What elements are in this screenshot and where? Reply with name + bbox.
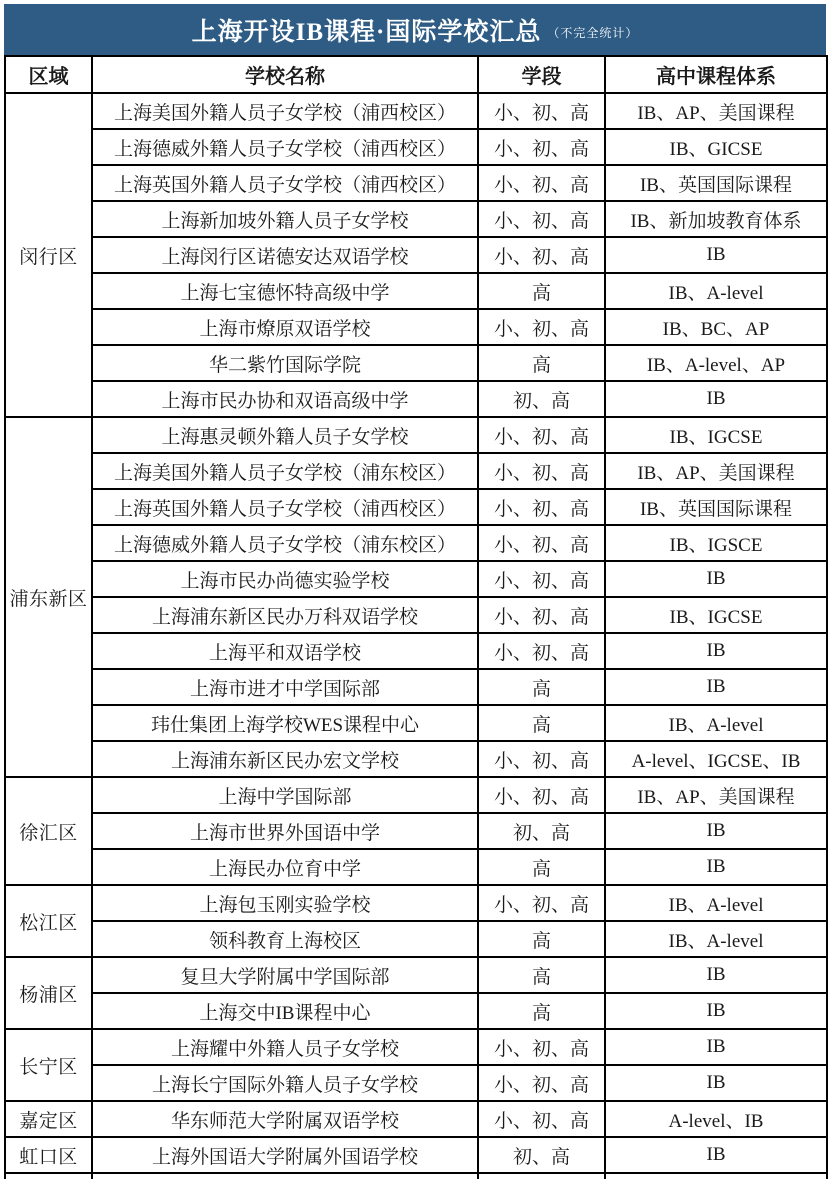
table-row: 虹口区上海外国语大学附属外国语学校初、高IB (5, 1137, 827, 1173)
curriculum-cell: IB、新加坡教育体系 (605, 201, 827, 237)
curriculum-cell: IB、A-level、AP (605, 345, 827, 381)
school-name-cell: 上海德威外籍人员子女学校（浦东校区） (92, 525, 478, 561)
table-row: 上海平和双语学校小、初、高IB (5, 633, 827, 669)
table-row: 玮仕集团上海学校WES课程中心高IB、A-level (5, 705, 827, 741)
school-name-cell: 玮仕集团上海学校WES课程中心 (92, 705, 478, 741)
curriculum-cell: IB、BC、AP (605, 309, 827, 345)
table-row: 上海德威外籍人员子女学校（浦东校区）小、初、高IB、IGSCE (5, 525, 827, 561)
column-header-region: 区域 (5, 56, 92, 93)
partial-cell (605, 1173, 827, 1179)
region-cell: 徐汇区 (5, 777, 92, 885)
level-cell: 小、初、高 (478, 1101, 605, 1137)
table-row: 上海英国外籍人员子女学校（浦西校区）小、初、高IB、英国国际课程 (5, 489, 827, 525)
curriculum-cell: IB (605, 1029, 827, 1065)
column-header-curriculum: 高中课程体系 (605, 56, 827, 93)
school-name-cell: 复旦大学附属中学国际部 (92, 957, 478, 993)
curriculum-cell: IB (605, 381, 827, 417)
partial-cell (5, 1173, 92, 1179)
school-name-cell: 上海浦东新区民办宏文学校 (92, 741, 478, 777)
school-name-cell: 上海市世界外国语中学 (92, 813, 478, 849)
level-cell: 小、初、高 (478, 489, 605, 525)
curriculum-cell: A-level、IB (605, 1101, 827, 1137)
school-name-cell: 上海耀中外籍人员子女学校 (92, 1029, 478, 1065)
table-row: 上海浦东新区民办万科双语学校小、初、高IB、IGCSE (5, 597, 827, 633)
table-row: 上海市民办协和双语高级中学初、高IB (5, 381, 827, 417)
school-name-cell: 领科教育上海校区 (92, 921, 478, 957)
region-cell: 杨浦区 (5, 957, 92, 1029)
table-row: 浦东新区上海惠灵顿外籍人员子女学校小、初、高IB、IGCSE (5, 417, 827, 453)
school-name-cell: 上海民办位育中学 (92, 849, 478, 885)
curriculum-cell: IB、英国国际课程 (605, 489, 827, 525)
level-cell: 小、初、高 (478, 93, 605, 129)
school-name-cell: 上海闵行区诺德安达双语学校 (92, 237, 478, 273)
level-cell: 小、初、高 (478, 129, 605, 165)
table-row: 徐汇区上海中学国际部小、初、高IB、AP、美国课程 (5, 777, 827, 813)
level-cell: 高 (478, 921, 605, 957)
title-bar: 上海开设IB课程·国际学校汇总 （不完全统计） (4, 4, 826, 55)
curriculum-cell: IB (605, 237, 827, 273)
table-row: 上海市燎原双语学校小、初、高IB、BC、AP (5, 309, 827, 345)
level-cell: 高 (478, 705, 605, 741)
curriculum-cell: IB (605, 633, 827, 669)
curriculum-cell: IB (605, 849, 827, 885)
curriculum-cell: IB、IGCSE (605, 597, 827, 633)
level-cell: 小、初、高 (478, 1029, 605, 1065)
curriculum-cell: IB (605, 561, 827, 597)
curriculum-cell: IB、A-level (605, 705, 827, 741)
school-name-cell: 上海美国外籍人员子女学校（浦西校区） (92, 93, 478, 129)
curriculum-cell: IB、A-level (605, 921, 827, 957)
region-cell: 浦东新区 (5, 417, 92, 777)
level-cell: 小、初、高 (478, 885, 605, 921)
table-row: 闵行区上海美国外籍人员子女学校（浦西校区）小、初、高IB、AP、美国课程 (5, 93, 827, 129)
school-name-cell: 上海市民办协和双语高级中学 (92, 381, 478, 417)
curriculum-cell: IB (605, 1065, 827, 1101)
table-row: 上海市世界外国语中学初、高IB (5, 813, 827, 849)
curriculum-cell: IB、AP、美国课程 (605, 93, 827, 129)
region-cell: 长宁区 (5, 1029, 92, 1101)
table-body: 闵行区上海美国外籍人员子女学校（浦西校区）小、初、高IB、AP、美国课程上海德威… (5, 93, 827, 1179)
table-row: 上海德威外籍人员子女学校（浦西校区）小、初、高IB、GICSE (5, 129, 827, 165)
curriculum-cell: IB、IGCSE (605, 417, 827, 453)
column-header-school: 学校名称 (92, 56, 478, 93)
curriculum-cell: IB、AP、美国课程 (605, 453, 827, 489)
level-cell: 小、初、高 (478, 237, 605, 273)
curriculum-cell: IB、英国国际课程 (605, 165, 827, 201)
level-cell: 高 (478, 345, 605, 381)
level-cell: 小、初、高 (478, 165, 605, 201)
region-cell: 闵行区 (5, 93, 92, 417)
level-cell: 初、高 (478, 381, 605, 417)
school-name-cell: 上海包玉刚实验学校 (92, 885, 478, 921)
table-row: 上海市民办尚德实验学校小、初、高IB (5, 561, 827, 597)
school-name-cell: 华二紫竹国际学院 (92, 345, 478, 381)
school-name-cell: 华东师范大学附属双语学校 (92, 1101, 478, 1137)
table-row: 上海长宁国际外籍人员子女学校小、初、高IB (5, 1065, 827, 1101)
table-row: 杨浦区复旦大学附属中学国际部高IB (5, 957, 827, 993)
curriculum-cell: IB (605, 669, 827, 705)
table-row: 华二紫竹国际学院高IB、A-level、AP (5, 345, 827, 381)
school-name-cell: 上海市进才中学国际部 (92, 669, 478, 705)
school-name-cell: 上海交中IB课程中心 (92, 993, 478, 1029)
table-row: 上海民办位育中学高IB (5, 849, 827, 885)
region-cell: 嘉定区 (5, 1101, 92, 1137)
curriculum-cell: IB (605, 957, 827, 993)
school-name-cell: 上海英国外籍人员子女学校（浦西校区） (92, 489, 478, 525)
page-title-suffix: （不完全统计） (547, 24, 638, 41)
level-cell: 高 (478, 669, 605, 705)
level-cell: 小、初、高 (478, 597, 605, 633)
level-cell: 高 (478, 273, 605, 309)
page: 上海开设IB课程·国际学校汇总 （不完全统计） 区域 学校名称 学段 高中课程体… (0, 0, 832, 1179)
table-row: 长宁区上海耀中外籍人员子女学校小、初、高IB (5, 1029, 827, 1065)
curriculum-cell: IB (605, 813, 827, 849)
school-name-cell: 上海平和双语学校 (92, 633, 478, 669)
school-name-cell: 上海美国外籍人员子女学校（浦东校区） (92, 453, 478, 489)
level-cell: 初、高 (478, 813, 605, 849)
school-name-cell: 上海市民办尚德实验学校 (92, 561, 478, 597)
level-cell: 小、初、高 (478, 633, 605, 669)
column-header-level: 学段 (478, 56, 605, 93)
table-row: 领科教育上海校区高IB、A-level (5, 921, 827, 957)
schools-table: 区域 学校名称 学段 高中课程体系 闵行区上海美国外籍人员子女学校（浦西校区）小… (4, 55, 828, 1179)
level-cell: 小、初、高 (478, 525, 605, 561)
level-cell: 初、高 (478, 1137, 605, 1173)
level-cell: 高 (478, 993, 605, 1029)
school-name-cell: 上海德威外籍人员子女学校（浦西校区） (92, 129, 478, 165)
level-cell: 高 (478, 849, 605, 885)
school-name-cell: 上海外国语大学附属外国语学校 (92, 1137, 478, 1173)
level-cell: 高 (478, 957, 605, 993)
level-cell: 小、初、高 (478, 417, 605, 453)
table-row: 上海浦东新区民办宏文学校小、初、高A-level、IGCSE、IB (5, 741, 827, 777)
school-name-cell: 上海市燎原双语学校 (92, 309, 478, 345)
school-name-cell: 上海英国外籍人员子女学校（浦西校区） (92, 165, 478, 201)
partial-cell (92, 1173, 478, 1179)
table-row: 上海美国外籍人员子女学校（浦东校区）小、初、高IB、AP、美国课程 (5, 453, 827, 489)
curriculum-cell: IB、A-level (605, 885, 827, 921)
table-row: 嘉定区华东师范大学附属双语学校小、初、高A-level、IB (5, 1101, 827, 1137)
school-name-cell: 上海浦东新区民办万科双语学校 (92, 597, 478, 633)
partial-row (5, 1173, 827, 1179)
curriculum-cell: IB、AP、美国课程 (605, 777, 827, 813)
level-cell: 小、初、高 (478, 453, 605, 489)
level-cell: 小、初、高 (478, 777, 605, 813)
level-cell: 小、初、高 (478, 561, 605, 597)
table-row: 上海市进才中学国际部高IB (5, 669, 827, 705)
table-row: 上海闵行区诺德安达双语学校小、初、高IB (5, 237, 827, 273)
curriculum-cell: IB、GICSE (605, 129, 827, 165)
school-name-cell: 上海长宁国际外籍人员子女学校 (92, 1065, 478, 1101)
school-name-cell: 上海七宝德怀特高级中学 (92, 273, 478, 309)
region-cell: 松江区 (5, 885, 92, 957)
level-cell: 小、初、高 (478, 741, 605, 777)
region-cell: 虹口区 (5, 1137, 92, 1173)
curriculum-cell: IB (605, 993, 827, 1029)
partial-cell (478, 1173, 605, 1179)
table-row: 上海七宝德怀特高级中学高IB、A-level (5, 273, 827, 309)
page-title: 上海开设IB课程·国际学校汇总 (192, 12, 542, 48)
curriculum-cell: IB (605, 1137, 827, 1173)
level-cell: 小、初、高 (478, 309, 605, 345)
header-row: 区域 学校名称 学段 高中课程体系 (5, 56, 827, 93)
curriculum-cell: IB、A-level (605, 273, 827, 309)
level-cell: 小、初、高 (478, 1065, 605, 1101)
school-name-cell: 上海中学国际部 (92, 777, 478, 813)
table-row: 上海新加坡外籍人员子女学校小、初、高IB、新加坡教育体系 (5, 201, 827, 237)
table-row: 松江区上海包玉刚实验学校小、初、高IB、A-level (5, 885, 827, 921)
level-cell: 小、初、高 (478, 201, 605, 237)
school-name-cell: 上海惠灵顿外籍人员子女学校 (92, 417, 478, 453)
table-row: 上海英国外籍人员子女学校（浦西校区）小、初、高IB、英国国际课程 (5, 165, 827, 201)
school-name-cell: 上海新加坡外籍人员子女学校 (92, 201, 478, 237)
curriculum-cell: A-level、IGCSE、IB (605, 741, 827, 777)
curriculum-cell: IB、IGSCE (605, 525, 827, 561)
table-row: 上海交中IB课程中心高IB (5, 993, 827, 1029)
